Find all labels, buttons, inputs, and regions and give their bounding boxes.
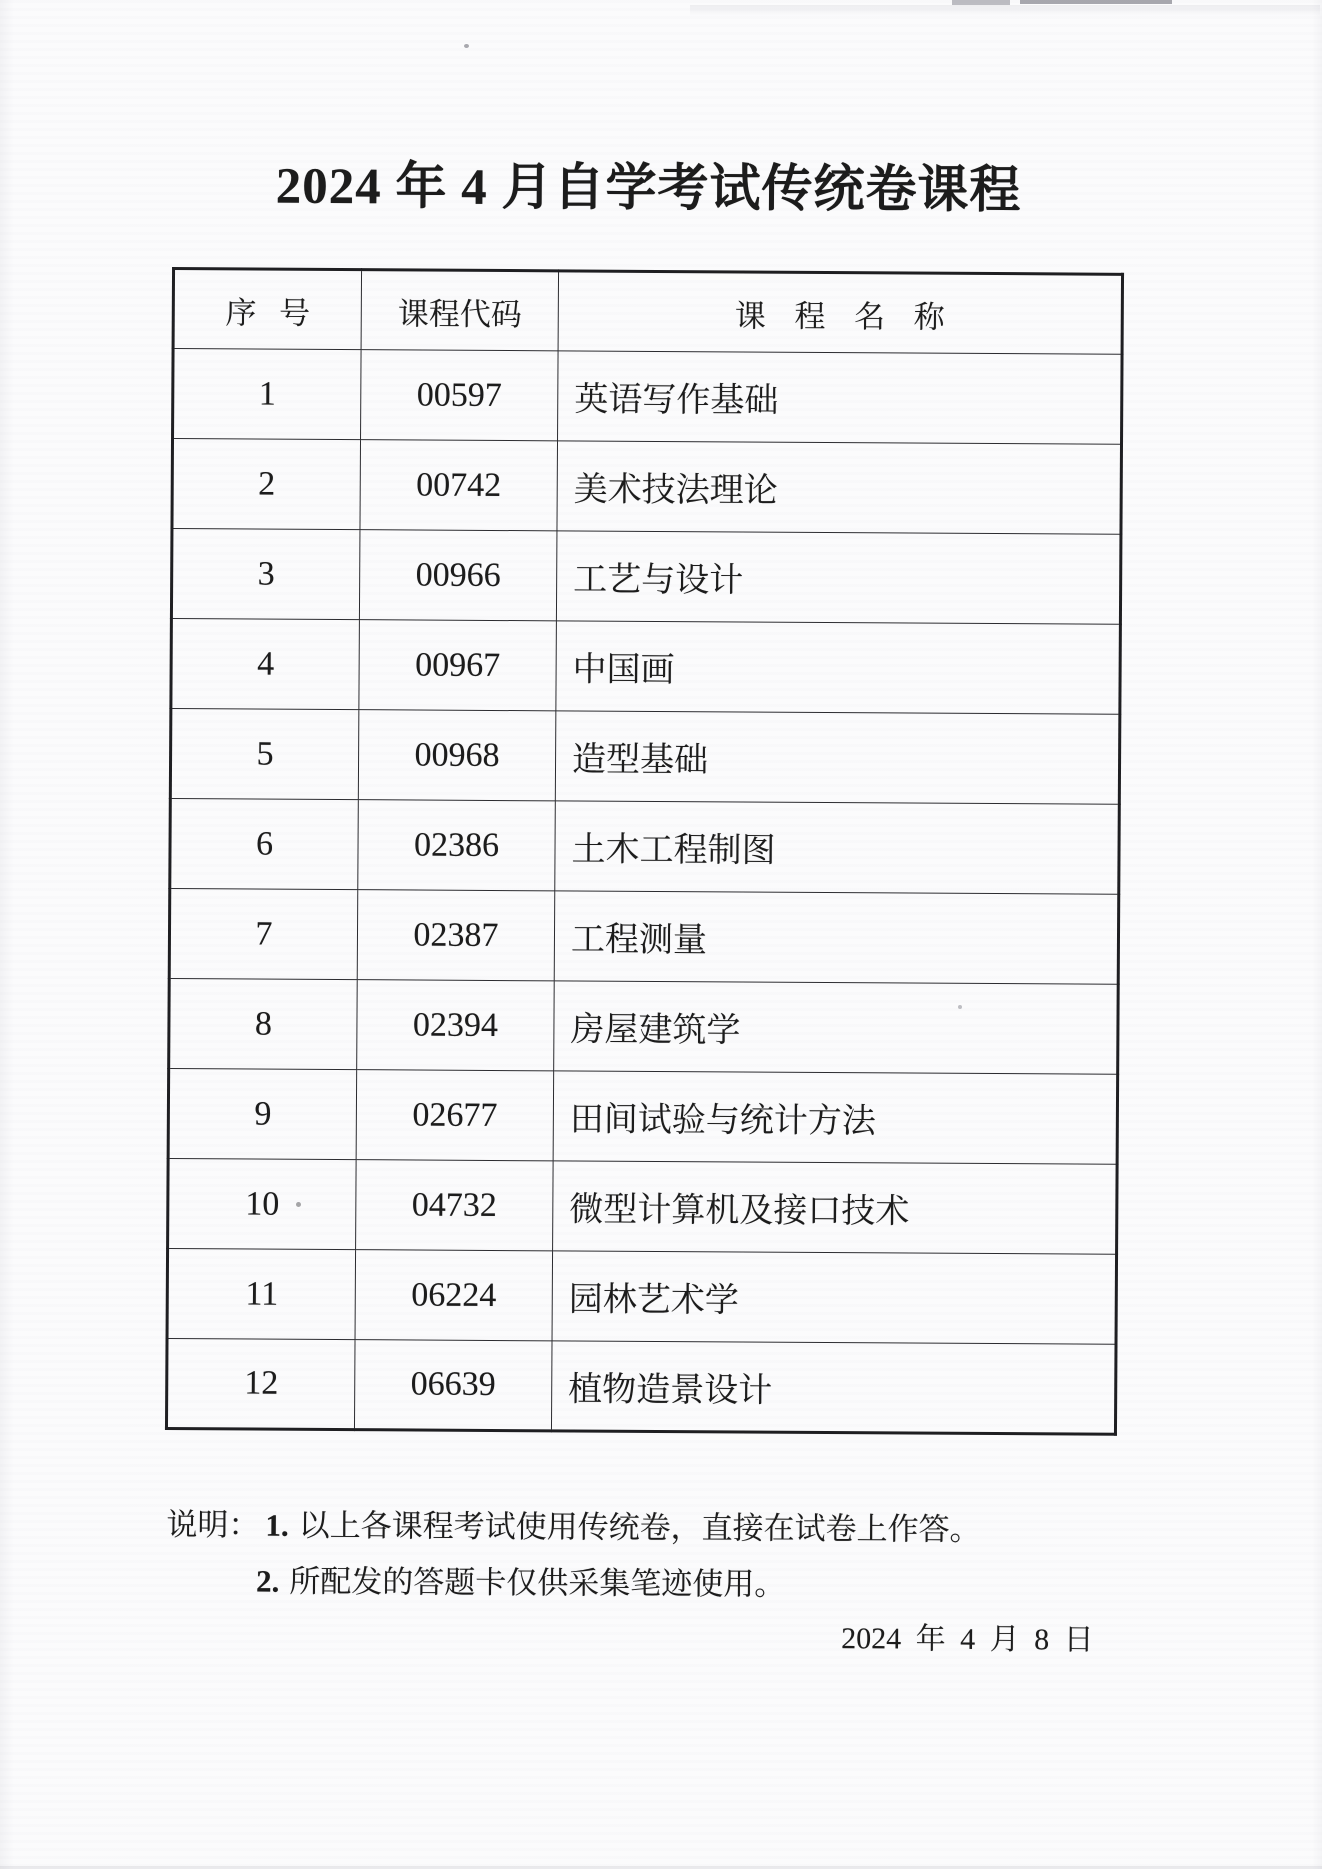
table-row: 1 00597 英语写作基础 [173,349,1123,445]
table-row: 3 00966 工艺与设计 [171,529,1121,625]
row-number-cell: 2 [172,439,361,530]
course-name-cell: 英语写作基础 [558,351,1123,444]
note-1-text: 以上各课程考试使用传统卷，直接在试卷上作答。 [299,1508,981,1547]
course-name-cell: 工艺与设计 [556,531,1121,624]
table-row: 7 02387 工程测量 [169,888,1119,984]
course-code-cell: 00597 [361,350,559,441]
row-number-cell: 5 [170,709,359,800]
document-date: 2024 年 4 月 8 日 [841,1613,1094,1659]
row-number-cell: 6 [170,799,359,890]
course-code-cell: 02386 [358,800,556,891]
header-serial-number: 序 号 [173,269,361,350]
header-course-name: 课 程 名 称 [558,271,1122,354]
course-code-cell: 06639 [354,1340,552,1431]
course-name-cell: 园林艺术学 [552,1251,1117,1344]
row-number-cell: 4 [171,619,360,710]
course-name-cell: 美术技法理论 [557,441,1122,534]
course-name-cell: 土木工程制图 [555,801,1120,894]
course-code-cell: 02387 [357,890,555,981]
note-line-2: 2.所配发的答题卡仅供采集笔迹使用。 [166,1553,1066,1614]
row-number-cell: 9 [168,1068,357,1159]
course-code-cell: 00966 [359,530,557,621]
header-course-code: 课程代码 [361,270,558,351]
note-line-1: 说明：1.以上各课程考试使用传统卷，直接在试卷上作答。 [166,1497,1066,1558]
course-table: 序 号 课程代码 课 程 名 称 1 00597 英语写作基础 2 00742 … [165,267,1124,1436]
course-code-cell: 00742 [360,440,558,531]
table-row: 9 02677 田间试验与统计方法 [168,1068,1118,1164]
course-name-cell: 造型基础 [555,711,1120,804]
course-name-cell: 微型计算机及接口技术 [553,1161,1118,1254]
course-code-cell: 02394 [357,980,555,1071]
note-2-marker: 2. [256,1564,279,1599]
row-number-cell: 11 [167,1248,356,1339]
row-number-cell: 3 [171,529,360,620]
table-row: 2 00742 美术技法理论 [172,439,1122,535]
table-row: 4 00967 中国画 [171,619,1121,715]
course-name-cell: 工程测量 [554,891,1119,984]
table-row: 12 06639 植物造景设计 [166,1338,1116,1434]
row-number-cell: 1 [173,349,362,440]
course-code-cell: 04732 [356,1160,554,1251]
table-row: 10 04732 微型计算机及接口技术 [168,1158,1118,1254]
course-name-cell: 田间试验与统计方法 [553,1071,1118,1164]
note-2-text: 所配发的答题卡仅供采集笔迹使用。 [289,1564,785,1602]
note-1-marker: 1. [265,1508,288,1543]
course-code-cell: 00967 [359,620,557,711]
row-number-cell: 7 [169,888,358,979]
notes-label: 说明： [166,1507,259,1543]
table-row: 11 06224 园林艺术学 [167,1248,1117,1344]
table-row: 6 02386 土木工程制图 [170,799,1120,895]
course-code-cell: 00968 [358,710,556,801]
scanned-document-page: 2024 年 4 月自学考试传统卷课程 序 号 课程代码 课 程 名 称 1 0… [0,0,1322,1869]
table-row: 5 00968 造型基础 [170,709,1120,805]
row-number-cell: 12 [166,1338,355,1429]
course-code-cell: 02677 [356,1070,554,1161]
course-name-cell: 中国画 [556,621,1121,714]
document-content: 2024 年 4 月自学考试传统卷课程 序 号 课程代码 课 程 名 称 1 0… [0,0,1322,1869]
table-row: 8 02394 房屋建筑学 [169,978,1119,1074]
row-number-cell: 10 [168,1158,357,1249]
course-name-cell: 植物造景设计 [551,1341,1116,1434]
course-code-cell: 06224 [355,1250,553,1341]
document-title: 2024 年 4 月自学考试传统卷课程 [172,159,1124,219]
notes-section: 说明：1.以上各课程考试使用传统卷，直接在试卷上作答。 2.所配发的答题卡仅供采… [166,1497,1067,1614]
row-number-cell: 8 [169,978,358,1069]
table-header-row: 序 号 课程代码 课 程 名 称 [173,269,1122,355]
course-name-cell: 房屋建筑学 [554,981,1119,1074]
